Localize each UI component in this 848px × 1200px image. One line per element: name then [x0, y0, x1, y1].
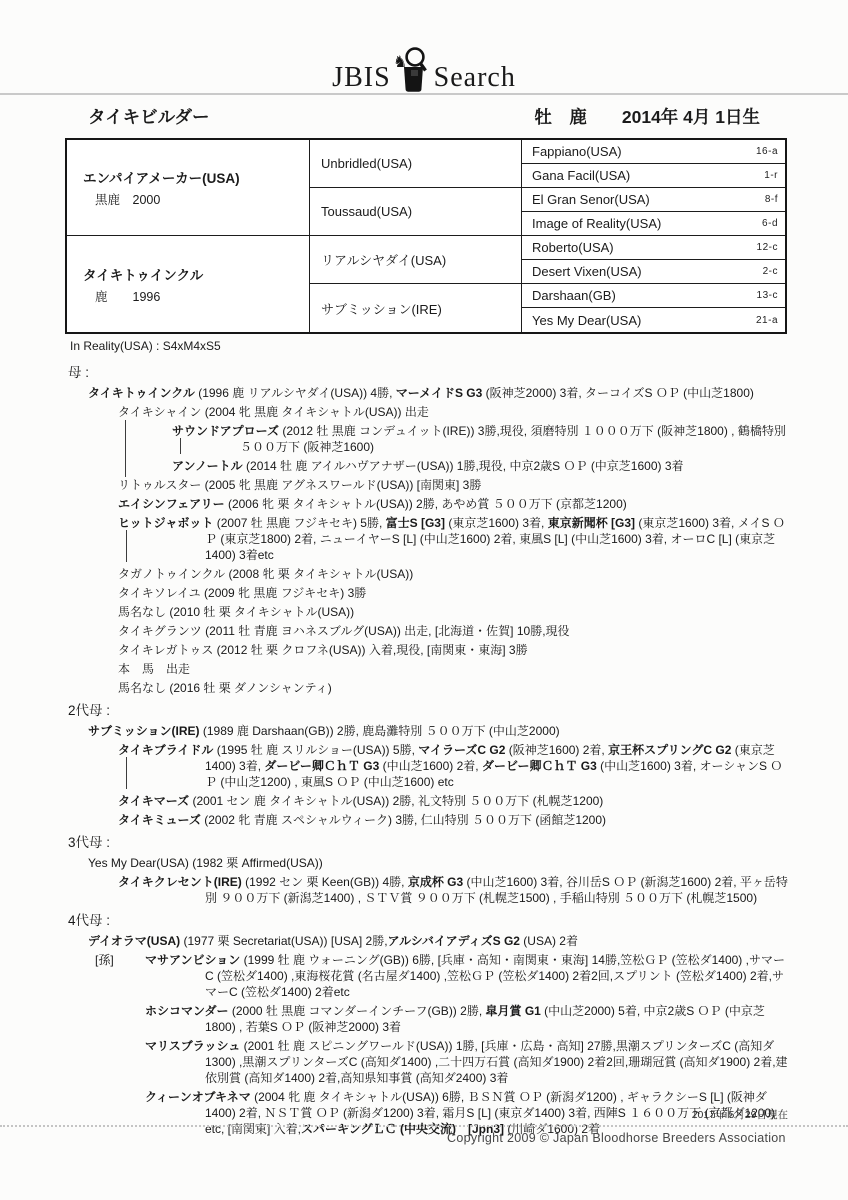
entry-text: タイキシャイン: [118, 405, 201, 419]
offspring-entry: 馬名なし (2010 牡 栗 タイキシャトル(USA)): [68, 604, 790, 620]
entry-text: (1992 セン 栗 Keen(GB)) 4勝,: [242, 875, 408, 889]
pedigree-cell-ggp: El Gran Senor(USA)8-f: [522, 188, 785, 212]
offspring-entry: タイキソレイユ (2009 牝 黒鹿 フジキセキ) 3勝: [68, 585, 790, 601]
highlighted-text: ヒットジャボット: [118, 516, 213, 530]
entry-text: (2008 牝 栗 タイキシャトル(USA)): [225, 567, 413, 581]
sex-coat-birthdate: 牡 鹿 2014年 4月 1日生: [534, 104, 760, 129]
ggp-name: Gana Facil(USA): [532, 168, 630, 183]
ggp-name: Image of Reality(USA): [532, 216, 661, 231]
offspring-entry: エイシンフェアリー (2006 牝 栗 タイキシャトル(USA)) 2勝, あや…: [68, 496, 790, 512]
entry-text: (2001 牡 鹿 スピニングワールド(USA)) 1勝, [兵庫・広島・高知]…: [205, 1039, 788, 1085]
family-number: 8-f: [765, 194, 778, 205]
entry-text: (1995 牡 鹿 スリルショー(USA)) 5勝,: [213, 743, 418, 757]
offspring-entry: デイオラマ(USA) (1977 栗 Secretariat(USA)) [US…: [68, 933, 790, 949]
section-label: 2代母 :: [68, 703, 790, 719]
ggp-name: Desert Vixen(USA): [532, 264, 642, 279]
offspring-entry: タイキレガトゥス (2012 牡 栗 クロフネ(USA)) 入着,現役, [南関…: [68, 642, 790, 658]
pedigree-cell-ggp: Roberto(USA)12-c: [522, 236, 785, 260]
offspring-entry: タイキクレセント(IRE) (1992 セン 栗 Keen(GB)) 4勝, 京…: [68, 874, 790, 906]
highlighted-text: 皐月賞 G1: [485, 1004, 540, 1018]
family-number: 16-a: [756, 146, 778, 157]
section-label: 3代母 :: [68, 835, 790, 851]
entry-text: (1999 牡 鹿 ウォーニング(GB)) 6勝, [兵庫・高知・南関東・東海]…: [205, 953, 785, 999]
entry-text: (2007 牡 黒鹿 フジキセキ) 5勝,: [213, 516, 385, 530]
entry-text: (2000 牡 黒鹿 コマンダーインチーフ(GB)) 2勝,: [229, 1004, 486, 1018]
entry-text: (2009 牝 黒鹿 フジキセキ) 3勝: [201, 586, 367, 600]
offspring-entry: タイキミューズ (2002 牝 青鹿 スペシャルウィーク) 3勝, 仁山特別 ５…: [68, 812, 790, 828]
entry-text: タイキレガトゥス: [118, 643, 213, 657]
logo-jbis-text: JBIS: [332, 64, 390, 92]
offspring-entry: アンノートル (2014 牡 鹿 アイルハヴアナザー(USA)) 1勝,現役, …: [68, 458, 790, 474]
inbreeding-note: In Reality(USA) : S4xM4xS5: [70, 339, 221, 353]
highlighted-text: マリスブラッシュ: [145, 1039, 240, 1053]
section-label: 母 :: [68, 365, 790, 381]
highlighted-text: 京王杯スプリングC G2: [608, 743, 731, 757]
jbis-logo-icon: ♞: [394, 46, 432, 93]
highlighted-text: ダービー卿ＣｈＴ G3: [264, 759, 379, 773]
sire-coat-year: 黒鹿 2000: [83, 190, 309, 208]
entry-text: (阪神芝1600) 2着,: [505, 743, 608, 757]
highlighted-text: ダービー卿ＣｈＴ G3: [482, 759, 597, 773]
dam-name: タイキトゥインクル: [83, 264, 309, 284]
section-label: 4代母 :: [68, 913, 790, 929]
header-divider: [0, 93, 848, 95]
entry-text: タガノトゥインクル: [118, 567, 225, 581]
entry-text: (2012 牡 栗 クロフネ(USA)) 入着,現役, [南関東・東海] 3勝: [213, 643, 527, 657]
ggp-name: El Gran Senor(USA): [532, 192, 650, 207]
entry-text: (1982 栗 Affirmed(USA)): [189, 856, 323, 870]
ggp-name: Roberto(USA): [532, 240, 614, 255]
family-number: 13-c: [757, 290, 778, 301]
grandchild-marker: [孫]: [95, 952, 114, 968]
highlighted-text: 富士S [G3]: [386, 516, 445, 530]
family-number: 1-r: [764, 170, 778, 181]
entry-text: (1989 鹿 Darshaan(GB)) 2勝, 鹿島灘特別 ５００万下 (中…: [200, 724, 560, 738]
offspring-entry: クィーンオブキネマ (2004 牝 鹿 タイキシャトル(USA)) 6勝, ＢＳ…: [68, 1089, 790, 1137]
entry-text: 馬名なし: [118, 681, 166, 695]
entry-text: タイキグランツ: [118, 624, 202, 638]
logo-search-text: Search: [434, 64, 516, 92]
ggp-name: Darshaan(GB): [532, 288, 616, 303]
highlighted-text: アンノートル: [172, 459, 243, 473]
entry-text: (東京芝1600) 3着,: [445, 516, 548, 530]
entry-text: (1977 栗 Secretariat(USA)) [USA] 2勝,: [180, 934, 387, 948]
entry-text: (中山芝1600) 2着,: [379, 759, 482, 773]
footer-divider: [0, 1125, 848, 1127]
pedigree-cell-ggp: Yes My Dear(USA)21-a: [522, 308, 785, 332]
highlighted-text: マイラーズC G2: [418, 743, 505, 757]
entry-text: リトゥルスター: [118, 478, 201, 492]
offspring-entry: ホシコマンダー (2000 牡 黒鹿 コマンダーインチーフ(GB)) 2勝, 皐…: [68, 1003, 790, 1035]
offspring-entry: Yes My Dear(USA) (1982 栗 Affirmed(USA)): [68, 855, 790, 871]
horse-name: タイキビルダー: [88, 104, 209, 129]
entry-text: 本 馬 出走: [118, 662, 190, 676]
offspring-entry: マリスブラッシュ (2001 牡 鹿 スピニングワールド(USA)) 1勝, […: [68, 1038, 790, 1086]
pedigree-cell-grandsire1: Unbridled(USA): [310, 140, 522, 188]
scanned-pedigree-page: JBIS ♞ Search タイキビルダー 牡 鹿 2014年 4月 1日生 エ…: [0, 0, 848, 1200]
as-of-date: 2017年 5月29日現在: [692, 1107, 788, 1122]
offspring-entry: ヒットジャボット (2007 牡 黒鹿 フジキセキ) 5勝, 富士S [G3] …: [68, 515, 790, 563]
highlighted-text: 東京新聞杯 [G3]: [548, 516, 635, 530]
entry-text: (1996 鹿 リアルシヤダイ(USA)) 4勝,: [195, 386, 396, 400]
offspring-sections: 母 :タイキトゥインクル (1996 鹿 リアルシヤダイ(USA)) 4勝, マ…: [68, 358, 790, 1140]
pedigree-cell-ggp: Fappiano(USA)16-a: [522, 140, 785, 164]
entry-text: (2004 牝 黒鹿 タイキシャトル(USA)) 出走: [201, 405, 428, 419]
entry-text: (2002 牝 青鹿 スペシャルウィーク) 3勝, 仁山特別 ５００万下 (函館…: [201, 813, 606, 827]
highlighted-text: サウンドアプローズ: [172, 424, 279, 438]
offspring-entry: タガノトゥインクル (2008 牝 栗 タイキシャトル(USA)): [68, 566, 790, 582]
highlighted-text: エイシンフェアリー: [118, 497, 225, 511]
offspring-entry: 本 馬 出走: [68, 661, 790, 677]
entry-text: (2016 牡 栗 ダノンシャンティ): [166, 681, 332, 695]
family-number: 6-d: [762, 218, 778, 229]
entry-text: (2010 牡 栗 タイキシャトル(USA)): [166, 605, 354, 619]
entry-text: (2001 セン 鹿 タイキシャトル(USA)) 2勝, 礼文特別 ５００万下 …: [189, 794, 603, 808]
ggp-name: Fappiano(USA): [532, 144, 622, 159]
highlighted-text: タイキトゥインクル: [88, 386, 195, 400]
entry-text: タイキソレイユ: [118, 586, 201, 600]
offspring-entry: サブミッション(IRE) (1989 鹿 Darshaan(GB)) 2勝, 鹿…: [68, 723, 790, 739]
entry-text: (2014 牡 鹿 アイルハヴアナザー(USA)) 1勝,現役, 中京2歳S Ｏ…: [243, 459, 684, 473]
pedigree-cell-ggp: Darshaan(GB)13-c: [522, 284, 785, 308]
family-number: 12-c: [757, 242, 778, 253]
offspring-entry: リトゥルスター (2005 牝 黒鹿 アグネスワールド(USA)) [南関東] …: [68, 477, 790, 493]
highlighted-text: サブミッション(IRE): [88, 724, 200, 738]
family-number: 21-a: [756, 315, 778, 326]
sire-name: エンパイアメーカー(USA): [83, 167, 309, 187]
pedigree-cell-grandsire2: リアルシヤダイ(USA): [310, 236, 522, 284]
highlighted-text: 京成杯 G3: [408, 875, 463, 889]
entry-text: Yes My Dear(USA): [88, 856, 189, 870]
highlighted-text: タイキミューズ: [118, 813, 201, 827]
entry-text: (2011 牡 青鹿 ヨハネスブルグ(USA)) 出走, [北海道・佐賀] 10…: [202, 624, 570, 638]
highlighted-text: タイキブライドル: [118, 743, 213, 757]
highlighted-text: マーメイドS G3: [396, 386, 483, 400]
highlighted-text: デイオラマ(USA): [88, 934, 180, 948]
entry-text: (阪神芝2000) 3着, ターコイズS ＯＰ (中山芝1800): [482, 386, 754, 400]
ggp-name: Yes My Dear(USA): [532, 313, 641, 328]
entry-text: (USA) 2着: [520, 934, 578, 948]
family-number: 2-c: [763, 266, 778, 277]
offspring-entry: タイキトゥインクル (1996 鹿 リアルシヤダイ(USA)) 4勝, マーメイ…: [68, 385, 790, 401]
pedigree-cell-ggp: Gana Facil(USA)1-r: [522, 164, 785, 188]
highlighted-text: タイキクレセント(IRE): [118, 875, 242, 889]
offspring-entry: 馬名なし (2016 牡 栗 ダノンシャンティ): [68, 680, 790, 696]
dam-coat-year: 鹿 1996: [83, 287, 309, 305]
pedigree-table: エンパイアメーカー(USA) 黒鹿 2000 タイキトゥインクル 鹿 1996 …: [65, 138, 787, 334]
copyright-text: Copyright 2009 © Japan Bloodhorse Breede…: [447, 1131, 786, 1145]
pedigree-cell-granddam1: Toussaud(USA): [310, 188, 522, 236]
jbis-logo: JBIS ♞ Search: [0, 46, 848, 92]
offspring-entry: タイキシャイン (2004 牝 黒鹿 タイキシャトル(USA)) 出走: [68, 404, 790, 420]
highlighted-text: タイキマーズ: [118, 794, 189, 808]
offspring-entry: [孫]マサアンビション (1999 牡 鹿 ウォーニング(GB)) 6勝, [兵…: [68, 952, 790, 1000]
pedigree-cell-granddam2: サブミッション(IRE): [310, 284, 522, 332]
highlighted-text: クィーンオブキネマ: [145, 1090, 251, 1104]
entry-text: 馬名なし: [118, 605, 166, 619]
highlighted-text: アルシバイアディズS G2: [388, 934, 520, 948]
highlighted-text: ホシコマンダー: [145, 1004, 229, 1018]
highlighted-text: マサアンビション: [145, 953, 240, 967]
pedigree-cell-dam: タイキトゥインクル 鹿 1996: [67, 236, 310, 332]
offspring-entry: サウンドアプローズ (2012 牡 黒鹿 コンデュイット(IRE)) 3勝,現役…: [68, 423, 790, 455]
offspring-entry: タイキブライドル (1995 牡 鹿 スリルショー(USA)) 5勝, マイラー…: [68, 742, 790, 790]
pedigree-cell-ggp: Image of Reality(USA)6-d: [522, 212, 785, 236]
entry-text: (2012 牡 黒鹿 コンデュイット(IRE)) 3勝,現役, 須磨特別 １００…: [240, 424, 786, 454]
pedigree-cell-sire: エンパイアメーカー(USA) 黒鹿 2000: [67, 140, 310, 236]
pedigree-cell-ggp: Desert Vixen(USA)2-c: [522, 260, 785, 284]
offspring-entry: タイキグランツ (2011 牡 青鹿 ヨハネスブルグ(USA)) 出走, [北海…: [68, 623, 790, 639]
entry-text: (2005 牝 黒鹿 アグネスワールド(USA)) [南関東] 3勝: [201, 478, 481, 492]
offspring-entry: タイキマーズ (2001 セン 鹿 タイキシャトル(USA)) 2勝, 礼文特別…: [68, 793, 790, 809]
entry-text: (2006 牝 栗 タイキシャトル(USA)) 2勝, あやめ賞 ５００万下 (…: [225, 497, 627, 511]
